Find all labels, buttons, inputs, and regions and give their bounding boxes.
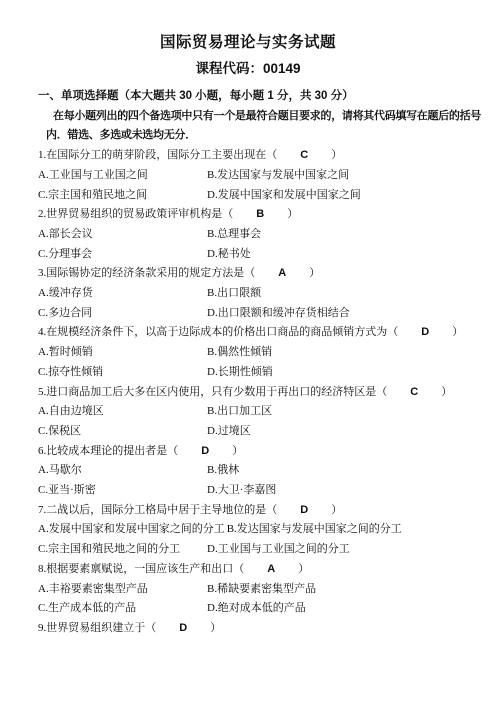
stem-text: 5.进口商品加工后大多在区内使用，只有少数用于再出口的经济特区是 <box>38 386 376 398</box>
paren-close: ） <box>331 149 342 161</box>
paren-close: ） <box>452 326 463 338</box>
option-b: B.发达国家与发展中国家之间的分工 <box>227 520 402 540</box>
answer-letter: B <box>233 205 287 225</box>
question-stem: 6.比较成本理论的提出者是（D） <box>38 442 488 462</box>
stem-text: 3.国际锡协定的经济条款采用的规定方法是 <box>38 267 244 279</box>
section-heading: 一、单项选择题（本大题共 30 小题，每小题 1 分，共 30 分） <box>38 87 496 107</box>
paren-open: （ <box>244 267 255 279</box>
stem-text: 7.二战以后，国际分工格局中居于主导地位的是 <box>38 504 266 516</box>
option-row: C.多边合同 D.出口限额和缓冲存货相结合 <box>38 304 488 324</box>
question-9: 9.世界贸易组织建立于（D） <box>38 619 488 639</box>
question-1: 1.在国际分工的萌芽阶段，国际分工主要出现在（C） A.工业国与工业国之间 B.… <box>38 146 488 205</box>
page-title: 国际贸易理论与实务试题 <box>0 33 496 53</box>
option-d: D.发展中国家和发展中国家之间 <box>207 186 361 206</box>
question-stem: 5.进口商品加工后大多在区内使用，只有少数用于再出口的经济特区是（C） <box>38 383 488 403</box>
option-b: B.总理事会 <box>207 225 261 245</box>
question-7: 7.二战以后，国际分工格局中居于主导地位的是（D） A.发展中国家和发展中国家之… <box>38 501 488 560</box>
paren-close: ） <box>331 504 342 516</box>
option-d: D.出口限额和缓冲存货相结合 <box>207 304 350 324</box>
option-row: A.工业国与工业国之间 B.发达国家与发展中国家之间 <box>38 166 488 186</box>
option-a: A.丰裕要素密集型产品 <box>38 580 207 600</box>
option-row: A.发展中国家和发展中国家之间的分工 B.发达国家与发展中国家之间的分工 <box>38 520 488 540</box>
option-c: C.宗主国和殖民地之间的分工 <box>38 540 207 560</box>
option-c: C.多边合同 <box>38 304 207 324</box>
paren-open: （ <box>222 208 233 220</box>
answer-letter: D <box>156 619 210 639</box>
option-row: C.宗主国和殖民地之间 D.发展中国家和发展中国家之间 <box>38 186 488 206</box>
option-row: A.自由边境区 B.出口加工区 <box>38 402 488 422</box>
question-5: 5.进口商品加工后大多在区内使用，只有少数用于再出口的经济特区是（C） A.自由… <box>38 383 488 442</box>
question-list: 1.在国际分工的萌芽阶段，国际分工主要出现在（C） A.工业国与工业国之间 B.… <box>38 146 488 639</box>
answer-letter: C <box>387 383 441 403</box>
instructions: 在每小题列出的四个备选项中只有一个是最符合题目要求的，请将其代码填写在题后的括号… <box>46 107 496 146</box>
paren-open: （ <box>376 386 387 398</box>
stem-text: 1.在国际分工的萌芽阶段，国际分工主要出现在 <box>38 149 266 161</box>
option-c: C.宗主国和殖民地之间 <box>38 186 207 206</box>
paren-open: （ <box>145 622 156 634</box>
option-d: D.秘书处 <box>207 245 251 265</box>
paren-close: ） <box>309 267 320 279</box>
question-8: 8.根据要素禀赋说，一国应该生产和出口（A） A.丰裕要素密集型产品 B.稀缺要… <box>38 560 488 619</box>
option-b: B.稀缺要素密集型产品 <box>207 580 316 600</box>
option-a: A.缓冲存货 <box>38 284 207 304</box>
option-row: A.暂时倾销 B.偶然性倾销 <box>38 343 488 363</box>
question-stem: 4.在规模经济条件下，以高于边际成本的价格出口商品的商品倾销方式为（D） <box>38 323 488 343</box>
stem-text: 6.比较成本理论的提出者是 <box>38 445 167 457</box>
option-a: A.暂时倾销 <box>38 343 207 363</box>
instructions-line-2: 内．错选、多选或未选均无分． <box>46 126 496 146</box>
paren-close: ） <box>232 445 243 457</box>
option-row: C.亚当·斯密 D.大卫·李嘉图 <box>38 481 488 501</box>
stem-text: 4.在规模经济条件下，以高于边际成本的价格出口商品的商品倾销方式为 <box>38 326 387 338</box>
question-stem: 7.二战以后，国际分工格局中居于主导地位的是（D） <box>38 501 488 521</box>
question-3: 3.国际锡协定的经济条款采用的规定方法是（A） A.缓冲存货 B.出口限额 C.… <box>38 264 488 323</box>
question-stem: 1.在国际分工的萌芽阶段，国际分工主要出现在（C） <box>38 146 488 166</box>
answer-letter: D <box>398 323 452 343</box>
option-c: C.生产成本低的产品 <box>38 599 207 619</box>
answer-letter: A <box>255 264 309 284</box>
option-row: A.马歇尔 B.俄林 <box>38 461 488 481</box>
question-2: 2.世界贸易组织的贸易政策评审机构是（B） A.部长会议 B.总理事会 C.分理… <box>38 205 488 264</box>
option-a: A.发展中国家和发展中国家之间的分工 <box>38 520 227 540</box>
stem-text: 2.世界贸易组织的贸易政策评审机构是 <box>38 208 222 220</box>
question-stem: 9.世界贸易组织建立于（D） <box>38 619 488 639</box>
option-c: C.分理事会 <box>38 245 207 265</box>
paren-close: ） <box>287 208 298 220</box>
paren-open: （ <box>266 149 277 161</box>
paren-open: （ <box>387 326 398 338</box>
question-stem: 3.国际锡协定的经济条款采用的规定方法是（A） <box>38 264 488 284</box>
option-row: C.生产成本低的产品 D.绝对成本低的产品 <box>38 599 488 619</box>
course-code: 课程代码：00149 <box>0 59 496 78</box>
option-row: A.丰裕要素密集型产品 B.稀缺要素密集型产品 <box>38 580 488 600</box>
option-row: A.部长会议 B.总理事会 <box>38 225 488 245</box>
stem-text: 9.世界贸易组织建立于 <box>38 622 145 634</box>
option-c: C.掠夺性倾销 <box>38 363 207 383</box>
answer-letter: C <box>277 146 331 166</box>
answer-letter: D <box>178 442 232 462</box>
option-d: D.长期性倾销 <box>207 363 273 383</box>
option-c: C.亚当·斯密 <box>38 481 207 501</box>
option-c: C.保税区 <box>38 422 207 442</box>
option-a: A.部长会议 <box>38 225 207 245</box>
question-6: 6.比较成本理论的提出者是（D） A.马歇尔 B.俄林 C.亚当·斯密 D.大卫… <box>38 442 488 501</box>
question-4: 4.在规模经济条件下，以高于边际成本的价格出口商品的商品倾销方式为（D） A.暂… <box>38 323 488 382</box>
option-b: B.发达国家与发展中国家之间 <box>207 166 349 186</box>
paren-open: （ <box>266 504 277 516</box>
option-row: C.保税区 D.过境区 <box>38 422 488 442</box>
option-b: B.偶然性倾销 <box>207 343 272 363</box>
option-row: C.宗主国和殖民地之间的分工 D.工业国与工业国之间的分工 <box>38 540 488 560</box>
paren-close: ） <box>441 386 452 398</box>
option-row: C.分理事会 D.秘书处 <box>38 245 488 265</box>
question-stem: 2.世界贸易组织的贸易政策评审机构是（B） <box>38 205 488 225</box>
question-stem: 8.根据要素禀赋说，一国应该生产和出口（A） <box>38 560 488 580</box>
paren-close: ） <box>210 622 221 634</box>
option-b: B.出口加工区 <box>207 402 272 422</box>
answer-letter: A <box>244 560 298 580</box>
answer-letter: D <box>277 501 331 521</box>
option-row: C.掠夺性倾销 D.长期性倾销 <box>38 363 488 383</box>
option-a: A.自由边境区 <box>38 402 207 422</box>
option-d: D.工业国与工业国之间的分工 <box>207 540 350 560</box>
exam-document-page: 国际贸易理论与实务试题 课程代码：00149 一、单项选择题（本大题共 30 小… <box>0 0 496 702</box>
option-d: D.过境区 <box>207 422 251 442</box>
paren-close: ） <box>298 563 309 575</box>
option-d: D.大卫·李嘉图 <box>207 481 276 501</box>
option-b: B.出口限额 <box>207 284 261 304</box>
paren-open: （ <box>167 445 178 457</box>
option-a: A.马歇尔 <box>38 461 207 481</box>
instructions-line-1: 在每小题列出的四个备选项中只有一个是最符合题目要求的，请将其代码填写在题后的括号 <box>46 107 496 127</box>
option-row: A.缓冲存货 B.出口限额 <box>38 284 488 304</box>
paren-open: （ <box>233 563 244 575</box>
option-b: B.俄林 <box>207 461 239 481</box>
option-a: A.工业国与工业国之间 <box>38 166 207 186</box>
stem-text: 8.根据要素禀赋说，一国应该生产和出口 <box>38 563 233 575</box>
option-d: D.绝对成本低的产品 <box>207 599 306 619</box>
